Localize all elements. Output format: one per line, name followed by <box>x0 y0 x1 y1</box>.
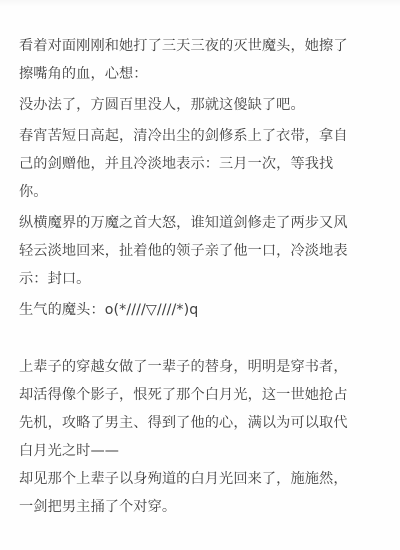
text-line: 却活得像个影子，恨死了那个白月光，这一世她抢占 <box>19 381 364 409</box>
text-line: 己的剑赠他，并且冷淡地表示：三月一次，等我找 <box>19 150 364 178</box>
text-line: 却见那个上辈子以身殉道的白月光回来了，施施然， <box>19 465 364 493</box>
paragraph: 纵横魔界的万魔之首大怒，谁知道剑修走了两步又风轻云淡地回来，扯着他的领子亲了他一… <box>19 209 364 293</box>
text-line: 没办法了，方圆百里没人，那就这傻缺了吧。 <box>19 91 364 119</box>
story-blurb-1: 看着对面刚刚和她打了三天三夜的灭世魔头，她擦了擦嘴角的血，心想：没办法了，方圆百… <box>19 32 364 324</box>
paragraph: 生气的魔头：o(*////▽////*)q <box>19 296 364 324</box>
paragraph: 没办法了，方圆百里没人，那就这傻缺了吧。 <box>19 91 364 119</box>
story-blurb-2: 上辈子的穿越女做了一辈子的替身，明明是穿书者，却活得像个影子，恨死了那个白月光，… <box>19 353 364 521</box>
paragraph: 却见那个上辈子以身殉道的白月光回来了，施施然，一剑把男主捅了个对穿。 <box>19 465 364 521</box>
paragraph: 上辈子的穿越女做了一辈子的替身，明明是穿书者，却活得像个影子，恨死了那个白月光，… <box>19 353 364 465</box>
text-line: 先机，攻略了男主、得到了他的心，满以为可以取代 <box>19 409 364 437</box>
novel-text: 看着对面刚刚和她打了三天三夜的灭世魔头，她擦了擦嘴角的血，心想：没办法了，方圆百… <box>19 32 364 521</box>
text-line: 轻云淡地回来，扯着他的领子亲了他一口，冷淡地表 <box>19 237 364 265</box>
text-line: 看着对面刚刚和她打了三天三夜的灭世魔头，她擦了 <box>19 32 364 60</box>
text-line: 一剑把男主捅了个对穿。 <box>19 493 364 521</box>
text-page: 看着对面刚刚和她打了三天三夜的灭世魔头，她擦了擦嘴角的血，心想：没办法了，方圆百… <box>0 0 400 550</box>
text-line: 擦嘴角的血，心想： <box>19 60 364 88</box>
text-line: 上辈子的穿越女做了一辈子的替身，明明是穿书者， <box>19 353 364 381</box>
text-line: 示：封口。 <box>19 265 364 293</box>
text-line: 白月光之时—— <box>19 437 364 465</box>
text-line: 你。 <box>19 178 364 206</box>
paragraph: 春宵苦短日高起，清冷出尘的剑修系上了衣带，拿自己的剑赠他，并且冷淡地表示：三月一… <box>19 122 364 206</box>
text-line: 纵横魔界的万魔之首大怒，谁知道剑修走了两步又风 <box>19 209 364 237</box>
text-line: 生气的魔头：o(*////▽////*)q <box>19 296 364 324</box>
text-line: 春宵苦短日高起，清冷出尘的剑修系上了衣带，拿自 <box>19 122 364 150</box>
paragraph: 看着对面刚刚和她打了三天三夜的灭世魔头，她擦了擦嘴角的血，心想： <box>19 32 364 88</box>
